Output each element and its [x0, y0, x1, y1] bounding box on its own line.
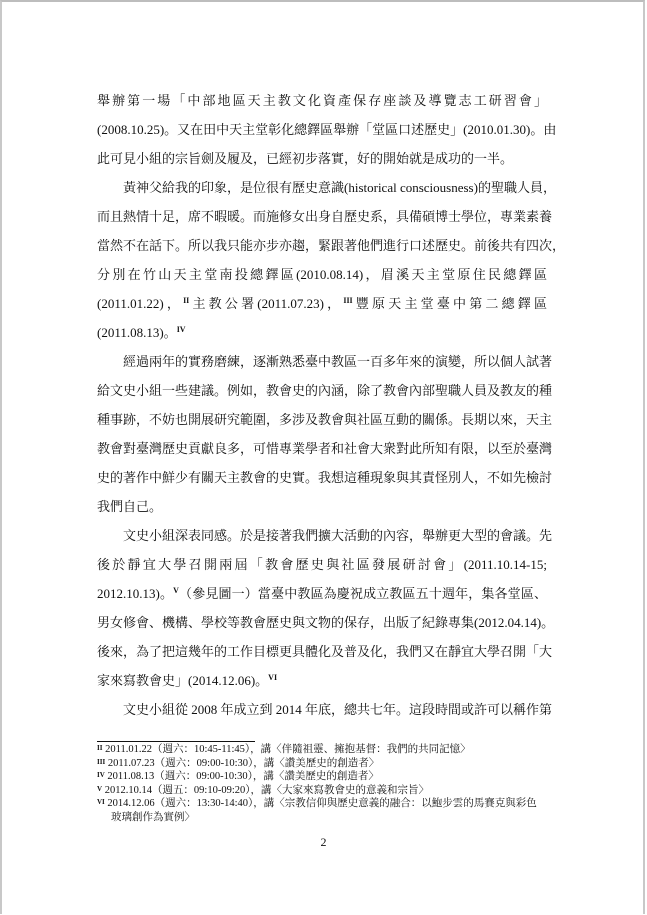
text-line: 2012.10.13)。V（參見圖一）當臺中教區為慶祝成立教區五十週年，集各堂區…	[97, 579, 547, 608]
footnote-mark: II	[97, 744, 102, 752]
footnote: VI 2014.12.06（週六：13:30-14:40），講〈宗教信仰與歷史意…	[97, 797, 557, 811]
footnote-ref[interactable]: III	[343, 296, 352, 305]
footnotes: II 2011.01.22（週六：10:45-11:45），講〈伴隨祖靈、擁抱基…	[97, 743, 557, 824]
text-line: 我們自己。	[97, 492, 547, 521]
text-line: 史的著作中鮮少有關天主教會的史實。我想這種現象與其責怪別人，不如先檢討	[97, 463, 547, 492]
footnote-continuation: 玻璃創作為實例〉	[97, 811, 557, 825]
document-body: 舉辦第一場「中部地區天主教文化資產保存座談及導覽志工研習會」 (2008.10.…	[97, 86, 547, 724]
text-line: 後來，為了把這幾年的工作目標更具體化及普及化，我們又在靜宜大學召開「大	[97, 637, 547, 666]
text-line: 此可見小組的宗旨劍及履及，已經初步落實，好的開始就是成功的一半。	[97, 144, 547, 173]
footnote: IV 2011.08.13（週六：09:00-10:30），講〈讚美歷史的創造者…	[97, 770, 557, 784]
text-segment: (2011.08.13)。	[97, 325, 177, 340]
text-line: 當然不在話下。所以我只能亦步亦趨，緊跟著他們進行口述歷史。前後共有四次，	[97, 231, 547, 260]
text-line: 男女修會、機構、學校等教會歷史與文物的保存，出版了紀錄專集(2012.04.14…	[97, 608, 547, 637]
text-segment: 家來寫教會史」(2014.12.06)。	[97, 673, 268, 688]
footnote-mark: III	[97, 758, 105, 766]
footnote-ref[interactable]: VI	[268, 673, 277, 682]
text-line: 教會對臺灣歷史貢獻良多，可惜專業學者和社會大衆對此所知有限，以至於臺灣	[97, 434, 547, 463]
footnote-mark: VI	[97, 798, 105, 806]
text-segment: 主教公署(2011.07.23)，	[189, 296, 343, 311]
text-line: 經過兩年的實務磨練，逐漸熟悉臺中教區一百多年來的演變，所以個人試著	[97, 347, 547, 376]
footnote-separator	[97, 741, 255, 742]
text-line: 黃神父給我的印象，是位很有歷史意識(historical consciousne…	[97, 173, 547, 202]
text-line: 文史小組深表同感。於是接著我們擴大活動的內容，舉辦更大型的會議。先	[97, 521, 547, 550]
text-segment: （參見圖一）當臺中教區為慶祝成立教區五十週年，集各堂區、	[179, 586, 547, 601]
text-segment: 豐原天主堂臺中第二總鐸區	[353, 296, 547, 311]
footnote-ref[interactable]: V	[173, 586, 179, 595]
text-line: 而且熱情十足，席不暇暖。而施修女出身自歷史系，具備碩博士學位，專業素養	[97, 202, 547, 231]
text-segment: 2012.10.13)。	[97, 586, 173, 601]
footnote: II 2011.01.22（週六：10:45-11:45），講〈伴隨祖靈、擁抱基…	[97, 743, 557, 757]
text-line: 後於靜宜大學召開兩屆「教會歷史與社區發展研討會」(2011.10.14-15;	[97, 550, 547, 579]
footnote-mark: IV	[97, 771, 105, 779]
footnote-text: 2014.12.06（週六：13:30-14:40），講〈宗教信仰與歷史意義的融…	[107, 798, 536, 809]
footnote-ref[interactable]: II	[183, 296, 189, 305]
footnote-ref[interactable]: IV	[177, 325, 186, 334]
text-segment: (2011.01.22)，	[97, 296, 183, 311]
footnote-mark: V	[97, 785, 102, 793]
footnote-text: 2011.07.23（週六：09:00-10:30），講〈讚美歷史的創造者〉	[108, 758, 379, 769]
text-line: 給文史小組一些建議。例如，教會史的內涵，除了教會內部聖職人員及教友的種	[97, 376, 547, 405]
page-number: 2	[0, 835, 647, 850]
text-line: 文史小組從 2008 年成立到 2014 年底，總共七年。這段時間或許可以稱作第	[97, 695, 547, 724]
text-line: 家來寫教會史」(2014.12.06)。VI	[97, 666, 547, 695]
footnote-text: 2011.01.22（週六：10:45-11:45），講〈伴隨祖靈、擁抱基督：我…	[105, 744, 471, 755]
text-line: (2008.10.25)。又在田中天主堂彰化總鐸區舉辦「堂區口述歷史」(2010…	[97, 115, 547, 144]
footnote-text: 2012.10.14（週五：09:10-09:20），講〈大家來寫教會史的意義和…	[105, 785, 429, 796]
footnote-text: 玻璃創作為實例〉	[97, 812, 195, 823]
text-line: (2011.08.13)。IV	[97, 318, 547, 347]
footnote: V 2012.10.14（週五：09:10-09:20），講〈大家來寫教會史的意…	[97, 784, 557, 798]
footnote: III 2011.07.23（週六：09:00-10:30），講〈讚美歷史的創造…	[97, 757, 557, 771]
text-line: (2011.01.22)，II主教公署(2011.07.23)，III豐原天主堂…	[97, 289, 547, 318]
text-line: 種事跡，不妨也開展研究範圍，多涉及教會與社區互動的關係。長期以來，天主	[97, 405, 547, 434]
text-line: 分別在竹山天主堂南投總鐸區(2010.08.14)，眉溪天主堂原住民總鐸區	[97, 260, 547, 289]
footnote-text: 2011.08.13（週六：09:00-10:30），講〈讚美歷史的創造者〉	[107, 771, 378, 782]
text-line: 舉辦第一場「中部地區天主教文化資產保存座談及導覽志工研習會」	[97, 86, 547, 115]
